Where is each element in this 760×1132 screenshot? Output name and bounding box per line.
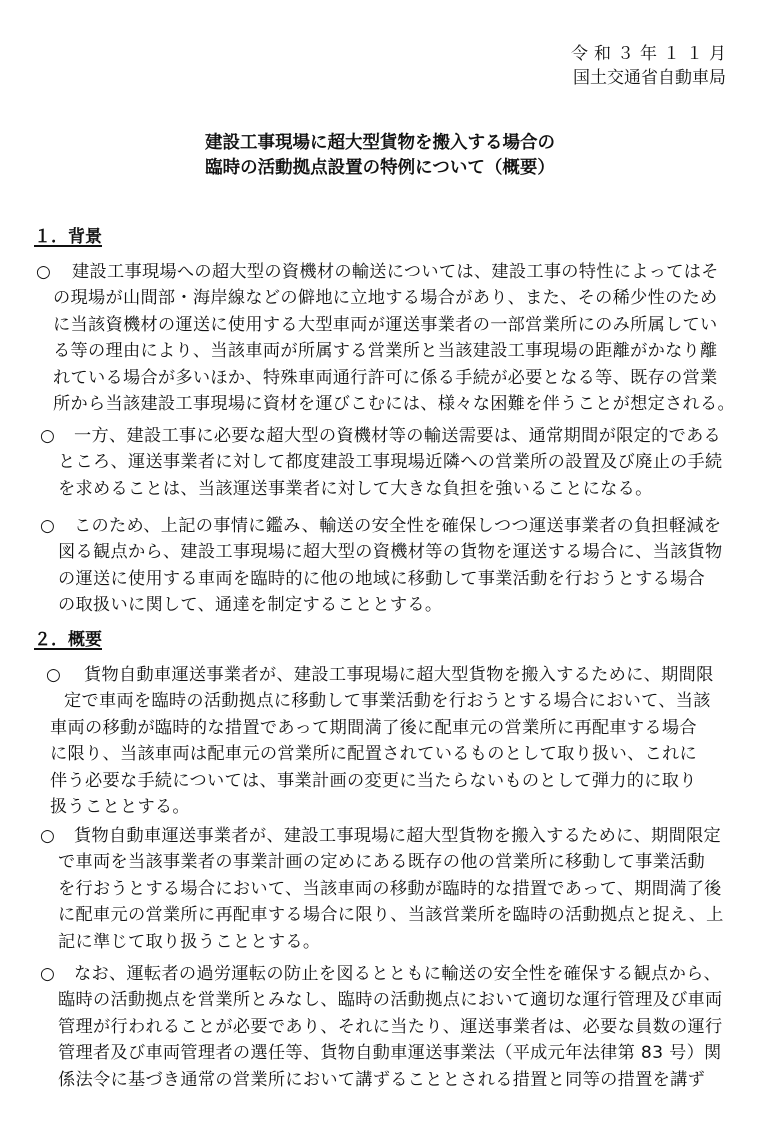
paragraph-line: で車両を当該事業者の事業計画の定めにある既存の他の営業所に移動して事業活動 — [40, 849, 724, 875]
bullet-circle-icon: ○ — [46, 662, 61, 688]
paragraph-line: 扱うこととする。 — [46, 794, 714, 820]
issuing-authority: 国土交通省自動車局 — [571, 66, 726, 90]
paragraph-overview-2: ○ 貨物自動車運送事業者が、建設工事現場に超大型貨物を搬入するために、期間限定 … — [40, 823, 724, 955]
paragraph-line: に限り、当該車両は配車元の営業所に配置されているものとして取り扱い、これに — [46, 741, 714, 767]
paragraph-background-1: ○ 建設工事現場への超大型の資機材の輸送については、建設工事の特性によってはそ … — [36, 259, 735, 417]
paragraph-overview-1: ○ 貨物自動車運送事業者が、建設工事現場に超大型貨物を搬入するために、期間限 定… — [46, 662, 714, 820]
bullet-circle-icon: ○ — [40, 823, 55, 849]
paragraph-background-2: ○ 一方、建設工事に必要な超大型の資機材等の輸送需要は、通常期間が限定的である … — [40, 423, 723, 502]
paragraph-line: なお、運転者の過労運転の防止を図るとともに輸送の安全性を確保する観点から、 — [40, 961, 723, 987]
document-header: 令和３年１１月 国土交通省自動車局 — [571, 42, 726, 90]
section-heading-overview: ２．概要 — [34, 629, 102, 651]
title-line-1: 建設工事現場に超大型貨物を搬入する場合の — [0, 131, 760, 156]
paragraph-line: の現場が山間部・海岸線などの僻地に立地する場合があり、また、その稀少性のため — [36, 285, 735, 311]
paragraph-line: 定で車両を臨時の活動拠点に移動して事業活動を行おうとする場合において、当該 — [46, 688, 714, 714]
paragraph-line: 管理が行われることが必要であり、それに当たり、運送事業者は、必要な員数の運行 — [40, 1014, 723, 1040]
paragraph-line: を求めることは、当該運送事業者に対して大きな負担を強いることになる。 — [40, 476, 723, 502]
paragraph-line: に当該資機材の運送に使用する大型車両が運送事業者の一部営業所にのみ所属してい — [36, 312, 735, 338]
document-title: 建設工事現場に超大型貨物を搬入する場合の 臨時の活動拠点設置の特例について（概要… — [0, 131, 760, 181]
paragraph-line: 係法令に基づき通常の営業所において講ずることとされる措置と同等の措置を講ず — [40, 1067, 723, 1093]
title-line-2: 臨時の活動拠点設置の特例について（概要） — [0, 156, 760, 181]
paragraph-line: ところ、運送事業者に対して都度建設工事現場近隣への営業所の設置及び廃止の手続 — [40, 449, 723, 475]
bullet-circle-icon: ○ — [40, 961, 55, 987]
paragraph-line: このため、上記の事情に鑑み、輸送の安全性を確保しつつ運送事業者の負担軽減を — [40, 513, 723, 539]
paragraph-line: 貨物自動車運送事業者が、建設工事現場に超大型貨物を搬入するために、期間限 — [46, 662, 714, 688]
paragraph-line: の取扱いに関して、通達を制定することとする。 — [40, 592, 723, 618]
paragraph-line: 図る観点から、建設工事現場に超大型の資機材等の貨物を運送する場合に、当該貨物 — [40, 539, 723, 565]
bullet-circle-icon: ○ — [36, 259, 51, 285]
section-heading-background: １．背景 — [34, 226, 102, 248]
paragraph-line: 臨時の活動拠点を営業所とみなし、臨時の活動拠点において適切な運行管理及び車両 — [40, 987, 723, 1013]
paragraph-line: 車両の移動が臨時的な措置であって期間満了後に配車元の営業所に再配車する場合 — [46, 715, 714, 741]
bullet-circle-icon: ○ — [40, 423, 55, 449]
paragraph-background-3: ○ このため、上記の事情に鑑み、輸送の安全性を確保しつつ運送事業者の負担軽減を … — [40, 513, 723, 619]
paragraph-line: る等の理由により、当該車両が所属する営業所と当該建設工事現場の距離がかなり離 — [36, 338, 735, 364]
paragraph-line: 伴う必要な手続については、事業計画の変更に当たらないものとして弾力的に取り — [46, 768, 714, 794]
paragraph-line: の運送に使用する車両を臨時的に他の地域に移動して事業活動を行おうとする場合 — [40, 566, 723, 592]
paragraph-line: 一方、建設工事に必要な超大型の資機材等の輸送需要は、通常期間が限定的である — [40, 423, 723, 449]
paragraph-line: 所から当該建設工事現場に資材を運びこむには、様々な困難を伴うことが想定される。 — [36, 391, 735, 417]
paragraph-line: 管理者及び車両管理者の選任等、貨物自動車運送事業法（平成元年法律第 83 号）関 — [40, 1040, 723, 1066]
paragraph-line: に配車元の営業所に再配車する場合に限り、当該営業所を臨時の活動拠点と捉え、上 — [40, 902, 724, 928]
paragraph-overview-3: ○ なお、運転者の過労運転の防止を図るとともに輸送の安全性を確保する観点から、 … — [40, 961, 723, 1093]
paragraph-line: を行おうとする場合において、当該車両の移動が臨時的な措置であって、期間満了後 — [40, 876, 724, 902]
paragraph-line: れている場合が多いほか、特殊車両通行許可に係る手続が必要となる等、既存の営業 — [36, 365, 735, 391]
paragraph-line: 建設工事現場への超大型の資機材の輸送については、建設工事の特性によってはそ — [36, 259, 735, 285]
bullet-circle-icon: ○ — [40, 513, 55, 539]
paragraph-line: 記に準じて取り扱うこととする。 — [40, 929, 724, 955]
issue-date: 令和３年１１月 — [571, 42, 732, 66]
document-page: 令和３年１１月 国土交通省自動車局 建設工事現場に超大型貨物を搬入する場合の 臨… — [0, 0, 760, 1132]
paragraph-line: 貨物自動車運送事業者が、建設工事現場に超大型貨物を搬入するために、期間限定 — [40, 823, 724, 849]
